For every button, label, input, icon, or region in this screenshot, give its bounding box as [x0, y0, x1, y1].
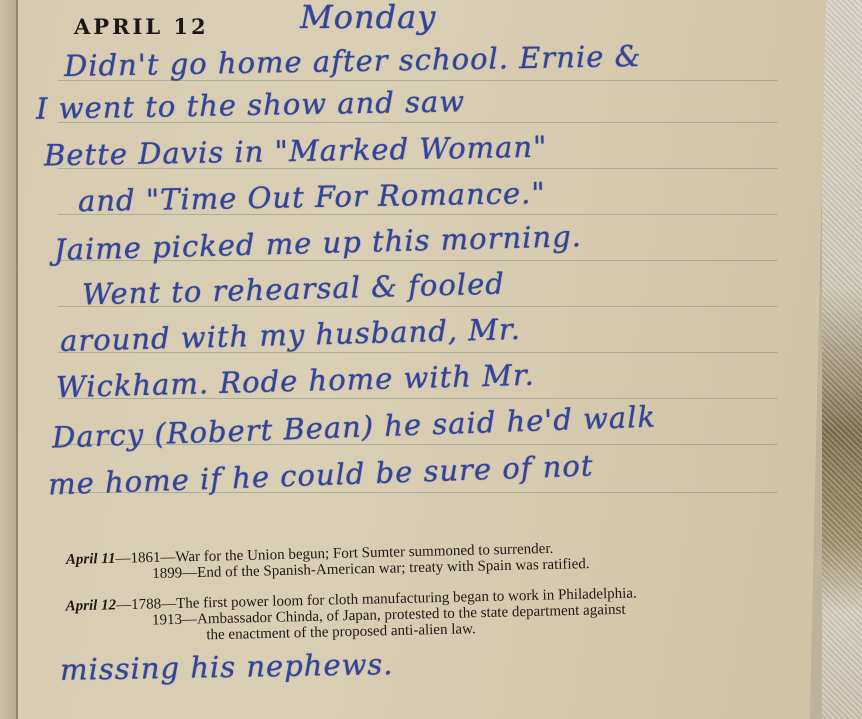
handwritten-day: Monday [300, 0, 436, 36]
event-year: 1913 [152, 612, 182, 629]
event-year: 1861 [130, 550, 160, 567]
event-date-label: April 12 [66, 597, 117, 614]
handwritten-line: missing his nephews. [60, 647, 394, 687]
fabric-background [822, 0, 862, 719]
previous-page-edge [0, 0, 18, 719]
date-heading: APRIL 12 [74, 14, 209, 39]
event-year: 1788 [131, 596, 161, 613]
event-date-label: April 11 [66, 551, 116, 568]
event-year: 1899 [152, 565, 182, 582]
